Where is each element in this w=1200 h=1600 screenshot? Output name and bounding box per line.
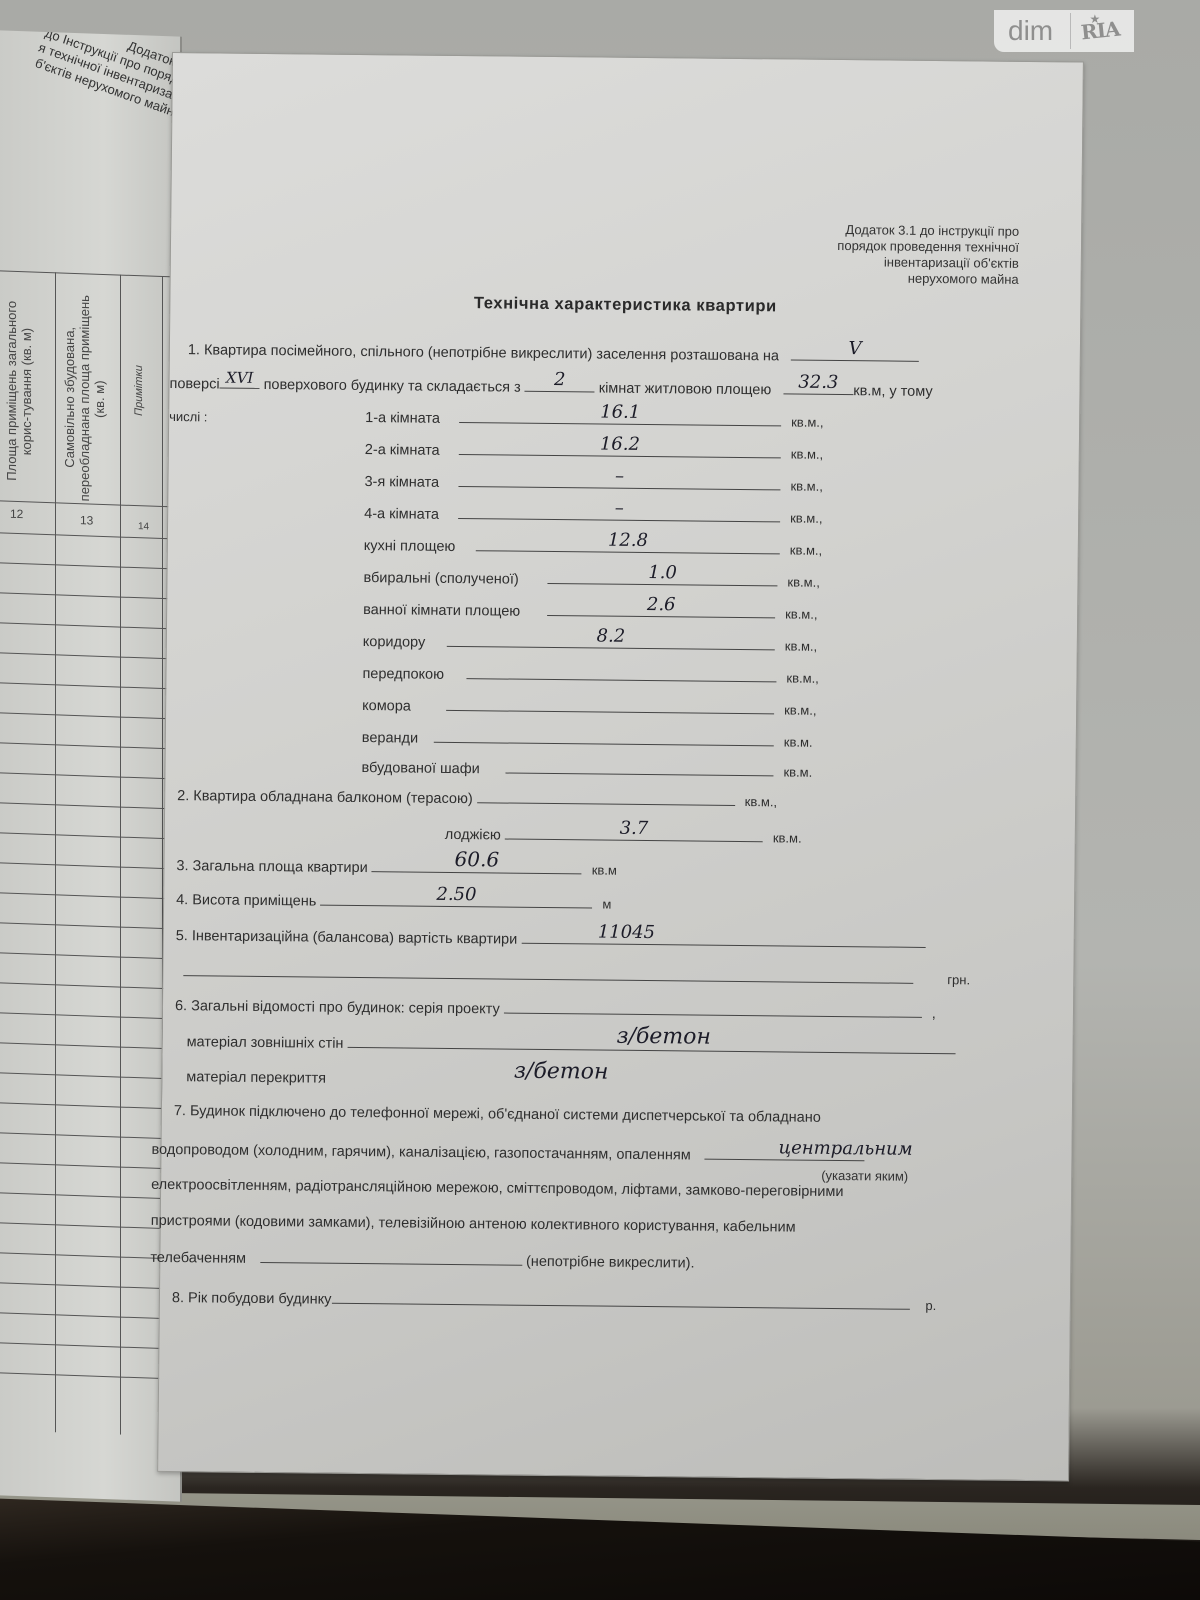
- area-row-storage: коморакв.м.,: [362, 695, 817, 719]
- technical-characteristics-page: Додаток 3.1 до інструкції про порядок пр…: [157, 52, 1084, 1481]
- section-6-project-series: 6. Загальні відомості про будинок: серія…: [175, 995, 936, 1022]
- column-number: 13: [80, 513, 93, 527]
- document-title: Технічна характеристика квартири: [170, 291, 1080, 320]
- column-header-notes: Примітки: [132, 365, 147, 416]
- floors-total-field: XVI: [220, 374, 260, 389]
- heating-field: центральним: [705, 1145, 865, 1162]
- column-number: 12: [10, 507, 23, 521]
- logo-dim-text: dim: [994, 15, 1070, 47]
- star-icon: ★: [1090, 12, 1101, 26]
- section-7-line-3: електроосвітленням, радіотрансляційною м…: [151, 1177, 844, 1200]
- heating-hint: (указати яким): [821, 1168, 908, 1184]
- section-4-ceiling-height: 4. Висота приміщень 2.50м: [176, 889, 611, 913]
- section-6-wall-material: матеріал зовнішніх стін з/бетон: [187, 1031, 956, 1058]
- area-row-room-2: 2-а кімната16.2кв.м.,: [365, 439, 824, 463]
- left-page-table: Площа приміщень загального корис-тування…: [0, 270, 170, 1436]
- section-1-line-1: 1. Квартира посімейного, спільного (непо…: [188, 339, 919, 366]
- area-row-hallway: передпокоюкв.м.,: [362, 663, 819, 687]
- section-7-line-5: телебаченням (непотрібне викреслити).: [150, 1247, 694, 1272]
- section-5-continuation: грн.: [183, 961, 970, 988]
- area-row-built-in-closet: вбудованої шафикв.м.: [361, 757, 812, 781]
- area-row-room-1: 1-а кімната16.1кв.м.,: [365, 407, 824, 431]
- rooms-count-field: 2: [525, 377, 595, 393]
- section-6-floor-material: матеріал перекриття з/бетон: [186, 1067, 938, 1093]
- area-row-corridor: коридору8.2кв.м.,: [363, 631, 818, 655]
- section-1-line-3: числі :: [169, 409, 207, 425]
- column-header-unauthorized-area: Самовільно збудована, переобладнана площ…: [62, 293, 114, 505]
- column-header-common-area: Площа приміщень загального корис-тування…: [4, 290, 52, 492]
- section-7-line-2: водопроводом (холодним, гарячим), каналі…: [151, 1139, 864, 1165]
- area-row-room-4: 4-а кімната–кв.м.,: [364, 503, 823, 527]
- section-7-line-4: пристроями (кодовими замками), телевізій…: [151, 1213, 796, 1236]
- area-row-toilet: вбиральні (сполученої)1.0кв.м.,: [363, 567, 820, 591]
- section-1-line-2: поверсіXVI поверхового будинку та склада…: [169, 373, 932, 400]
- living-area-field: 32.3: [783, 379, 853, 395]
- section-2-loggia: лоджією 3.7кв.м.: [445, 824, 802, 847]
- section-5-inventory-value: 5. Інвентаризаційна (балансова) вартість…: [176, 925, 926, 952]
- floor-field: V: [791, 345, 919, 361]
- dim-ria-logo: dim RIA ★: [994, 10, 1134, 52]
- appendix-note: Додаток 3.1 до інструкції про порядок пр…: [837, 222, 1019, 288]
- section-2-balcony: 2. Квартира обладнана балконом (терасою)…: [177, 785, 777, 810]
- area-row-bathroom: ванної кімнати площею2.6кв.м.,: [363, 599, 818, 623]
- room-areas-list: 1-а кімната16.1кв.м., 2-а кімната16.2кв.…: [173, 53, 1083, 63]
- column-number: 14: [138, 521, 149, 532]
- area-row-room-3: 3-я кімната–кв.м.,: [364, 471, 823, 495]
- area-row-veranda: верандикв.м.: [362, 727, 813, 751]
- left-page-appendix: Додаток 1.6 до Інструкції про порядок я …: [0, 30, 182, 122]
- area-row-kitchen: кухні площею12.8кв.м.,: [364, 535, 823, 559]
- section-8-construction-year: 8. Рік побудови будинкур.: [172, 1287, 937, 1314]
- section-7-line-1: 7. Будинок підключено до телефонної мере…: [174, 1103, 821, 1126]
- section-3-total-area: 3. Загальна площа квартири 60.6кв.м: [176, 855, 617, 879]
- left-page: Додаток 1.6 до Інструкції про порядок я …: [0, 30, 182, 1502]
